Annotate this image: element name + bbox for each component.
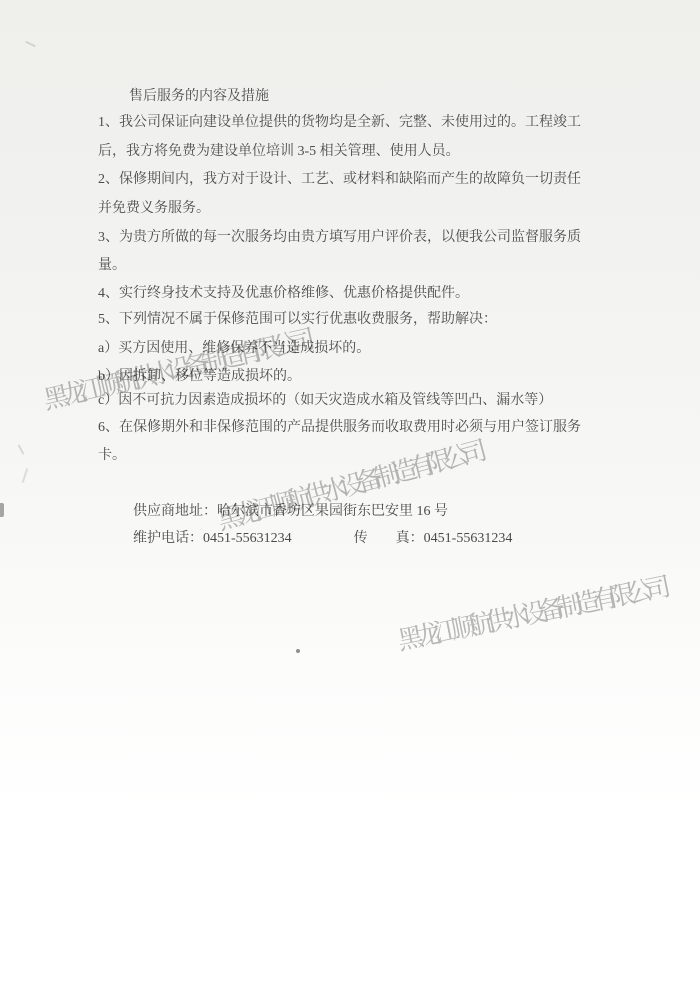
document-line: 6、在保修期外和非保修范围的产品提供服务而收取费用时必须与用户签订服务 <box>98 418 581 438</box>
scan-artifact <box>22 468 29 483</box>
document-line: 3、为贵方所做的每一次服务均由贵方填写用户评价表，以便我公司监督服务质 <box>98 228 581 248</box>
document-line: 1、我公司保证向建设单位提供的货物均是全新、完整、未使用过的。工程竣工 <box>98 113 581 133</box>
document-line: 后，我方将免费为建设单位培训 3-5 相关管理、使用人员。 <box>98 142 460 162</box>
fax-value: 0451-55631234 <box>424 531 513 546</box>
scan-artifact <box>296 649 300 653</box>
document-line: 并免费义务服务。 <box>98 199 210 219</box>
scan-artifact <box>25 41 36 47</box>
address-label: 供应商地址： <box>133 504 217 519</box>
scanned-document-page: 售后服务的内容及措施 1、我公司保证向建设单位提供的货物均是全新、完整、未使用过… <box>0 0 700 989</box>
company-watermark: 黑龙江顺航供水设备制造有限公司 <box>394 567 666 657</box>
fax-label: 传 真： <box>354 531 424 546</box>
document-line: 卡。 <box>98 446 126 466</box>
phone-label: 维护电话： <box>133 531 203 546</box>
scan-artifact <box>18 444 25 455</box>
document-line: 4、实行终身技术支持及优惠价格维修、优惠价格提供配件。 <box>98 284 469 304</box>
document-line: 量。 <box>98 256 126 276</box>
document-line: 2、保修期间内，我方对于设计、工艺、或材料和缺陷而产生的故障负一切责任 <box>98 170 581 190</box>
phone-value: 0451-55631234 <box>203 531 292 546</box>
contact-line: 维护电话：0451-55631234传 真：0451-55631234 <box>133 529 512 549</box>
document-line: c）因不可抗力因素造成损坏的（如天灾造成水箱及管线等凹凸、漏水等） <box>98 391 552 411</box>
scan-artifact <box>0 503 4 517</box>
document-title: 售后服务的内容及措施 <box>129 87 269 107</box>
